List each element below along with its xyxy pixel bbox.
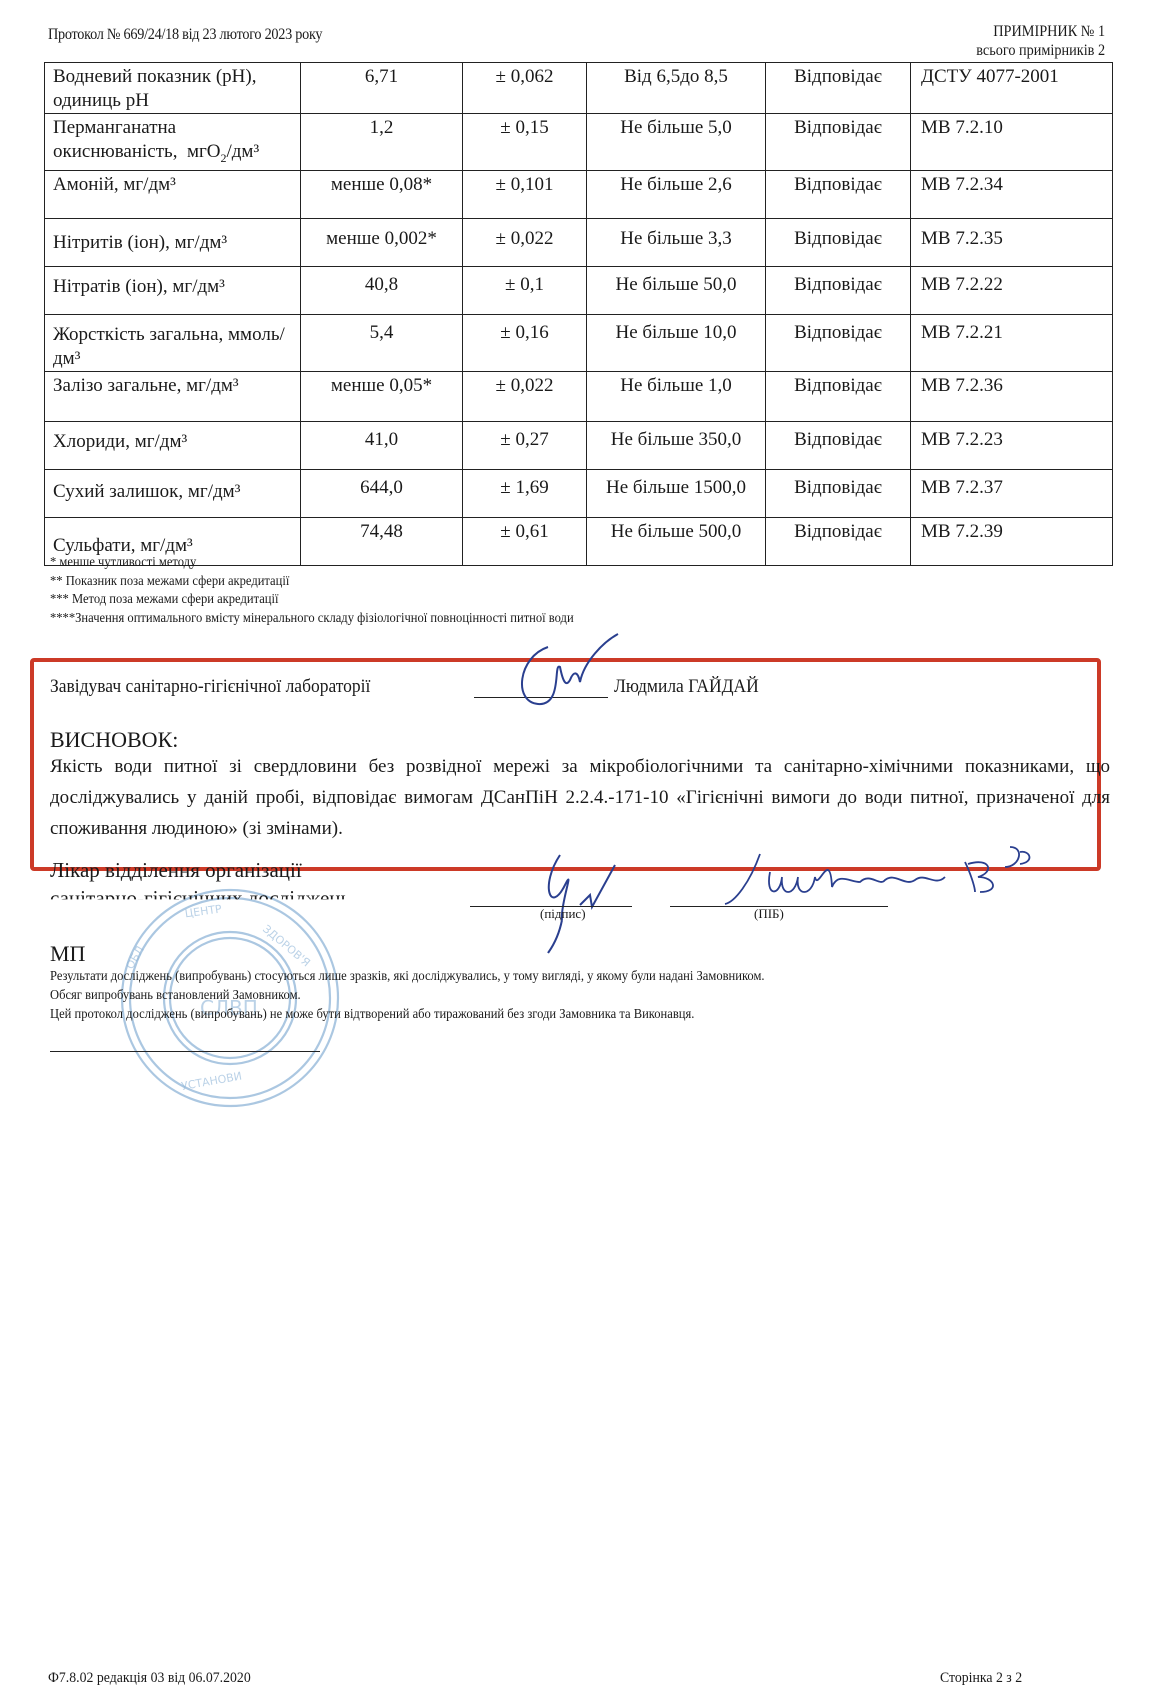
stamp-label: МП <box>50 941 85 967</box>
param-method: МВ 7.2.34 <box>911 170 1113 218</box>
disclaimer-line: Результати досліджень (випробувань) стос… <box>50 966 765 985</box>
param-name: Хлориди, мг/дм³ <box>45 421 301 469</box>
param-error: ± 0,062 <box>463 63 587 114</box>
param-name: Перманганатна окиснюваність, мгО2/дм³ <box>45 114 301 171</box>
footnote: *** Метод поза межами сфери акредитації <box>50 590 574 609</box>
signature-name-icon <box>720 842 1130 912</box>
param-norm: Не більше 3,3 <box>587 218 766 266</box>
head-position: Завідувач санітарно-гігієнічної лаборато… <box>50 676 370 698</box>
param-error: ± 0,16 <box>463 314 587 371</box>
param-name: Залізо загальне, мг/дм³ <box>45 371 301 421</box>
param-method: МВ 7.2.35 <box>911 218 1113 266</box>
table-row: Хлориди, мг/дм³ 41,0 ± 0,27 Не більше 35… <box>45 421 1113 469</box>
param-norm: Не більше 50,0 <box>587 266 766 314</box>
table-row: Сухий залишок, мг/дм³ 644,0 ± 1,69 Не бі… <box>45 469 1113 517</box>
param-method: МВ 7.2.10 <box>911 114 1113 171</box>
results-table: Водневий показник (рН), одиниць рН 6,71 … <box>44 62 1113 566</box>
param-value: 40,8 <box>301 266 463 314</box>
param-result: Відповідає <box>766 218 911 266</box>
param-norm: Від 6,5до 8,5 <box>587 63 766 114</box>
table-row: Нітратів (іон), мг/дм³ 40,8 ± 0,1 Не біл… <box>45 266 1113 314</box>
table-row: Амоній, мг/дм³ менше 0,08* ± 0,101 Не бі… <box>45 170 1113 218</box>
param-norm: Не більше 1,0 <box>587 371 766 421</box>
param-result: Відповідає <box>766 314 911 371</box>
disclaimer: Результати досліджень (випробувань) стос… <box>50 966 765 1023</box>
param-error: ± 0,27 <box>463 421 587 469</box>
signature-doctor-icon <box>520 845 660 955</box>
head-name: Людмила ГАЙДАЙ <box>614 676 759 698</box>
footnote: ** Показник поза межами сфери акредитаці… <box>50 572 574 591</box>
param-error: ± 1,69 <box>463 469 587 517</box>
conclusion-title: ВИСНОВОК: <box>50 727 178 753</box>
param-result: Відповідає <box>766 469 911 517</box>
signature-head-icon <box>508 632 628 712</box>
copy-label: ПРИМІРНИК № 1 <box>976 22 1105 41</box>
param-result: Відповідає <box>766 517 911 565</box>
copy-info: ПРИМІРНИК № 1 всього примірників 2 <box>976 22 1105 60</box>
param-error: ± 0,1 <box>463 266 587 314</box>
param-result: Відповідає <box>766 63 911 114</box>
form-reference: Ф7.8.02 редакція 03 від 06.07.2020 <box>48 1670 251 1687</box>
table-row: Жорсткість загальна, ммоль/ дм³ 5,4 ± 0,… <box>45 314 1113 371</box>
signature-caption: (підпис) <box>540 906 586 922</box>
param-name: Нітратів (іон), мг/дм³ <box>45 266 301 314</box>
param-value: 5,4 <box>301 314 463 371</box>
disclaimer-line: Цей протокол досліджень (випробувань) не… <box>50 1004 765 1023</box>
param-method: МВ 7.2.37 <box>911 469 1113 517</box>
param-method: ДСТУ 4077-2001 <box>911 63 1113 114</box>
name-caption: (ПІБ) <box>754 906 784 922</box>
param-method: МВ 7.2.39 <box>911 517 1113 565</box>
footnotes: * менше чутливості методу ** Показник по… <box>50 553 574 627</box>
param-value: 41,0 <box>301 421 463 469</box>
param-name: Амоній, мг/дм³ <box>45 170 301 218</box>
param-result: Відповідає <box>766 266 911 314</box>
param-error: ± 0,022 <box>463 371 587 421</box>
doctor-position: Лікар відділення організації санітарно-г… <box>50 856 350 912</box>
table-row: Перманганатна окиснюваність, мгО2/дм³ 1,… <box>45 114 1113 171</box>
stamp-line <box>50 1051 320 1052</box>
table-row: Водневий показник (рН), одиниць рН 6,71 … <box>45 63 1113 114</box>
protocol-number: Протокол № 669/24/18 від 23 лютого 2023 … <box>48 26 322 44</box>
param-name: Жорсткість загальна, ммоль/ дм³ <box>45 314 301 371</box>
param-name: Сухий залишок, мг/дм³ <box>45 469 301 517</box>
param-error: ± 0,022 <box>463 218 587 266</box>
doctor-position-line1: Лікар відділення організації <box>50 856 350 884</box>
param-norm: Не більше 350,0 <box>587 421 766 469</box>
table-row: Залізо загальне, мг/дм³ менше 0,05* ± 0,… <box>45 371 1113 421</box>
svg-text:УСТАНОВИ: УСТАНОВИ <box>180 1069 243 1092</box>
param-value: менше 0,002* <box>301 218 463 266</box>
param-value: менше 0,05* <box>301 371 463 421</box>
conclusion-text: Якість води питної зі свердловини без ро… <box>50 751 1110 844</box>
param-norm: Не більше 5,0 <box>587 114 766 171</box>
doctor-position-line2: санітарно-гігієнічних досліджень <box>50 884 350 912</box>
page-number: Сторінка 2 з 2 <box>940 1670 1022 1687</box>
param-error: ± 0,101 <box>463 170 587 218</box>
copies-total: всього примірників 2 <box>976 41 1105 60</box>
param-method: МВ 7.2.21 <box>911 314 1113 371</box>
param-norm: Не більше 1500,0 <box>587 469 766 517</box>
param-result: Відповідає <box>766 421 911 469</box>
param-norm: Не більше 500,0 <box>587 517 766 565</box>
param-value: 1,2 <box>301 114 463 171</box>
param-name: Нітритів (іон), мг/дм³ <box>45 218 301 266</box>
param-result: Відповідає <box>766 114 911 171</box>
disclaimer-line: Обсяг випробувань встановлений Замовнико… <box>50 985 765 1004</box>
param-norm: Не більше 10,0 <box>587 314 766 371</box>
param-value: 6,71 <box>301 63 463 114</box>
param-result: Відповідає <box>766 371 911 421</box>
footnote: ****Значення оптимального вмісту мінерал… <box>50 609 574 628</box>
param-error: ± 0,15 <box>463 114 587 171</box>
param-method: МВ 7.2.23 <box>911 421 1113 469</box>
footnote: * менше чутливості методу <box>50 553 574 572</box>
param-method: МВ 7.2.22 <box>911 266 1113 314</box>
param-value: 644,0 <box>301 469 463 517</box>
table-row: Нітритів (іон), мг/дм³ менше 0,002* ± 0,… <box>45 218 1113 266</box>
param-norm: Не більше 2,6 <box>587 170 766 218</box>
param-result: Відповідає <box>766 170 911 218</box>
param-value: менше 0,08* <box>301 170 463 218</box>
param-method: МВ 7.2.36 <box>911 371 1113 421</box>
param-name: Водневий показник (рН), одиниць рН <box>45 63 301 114</box>
